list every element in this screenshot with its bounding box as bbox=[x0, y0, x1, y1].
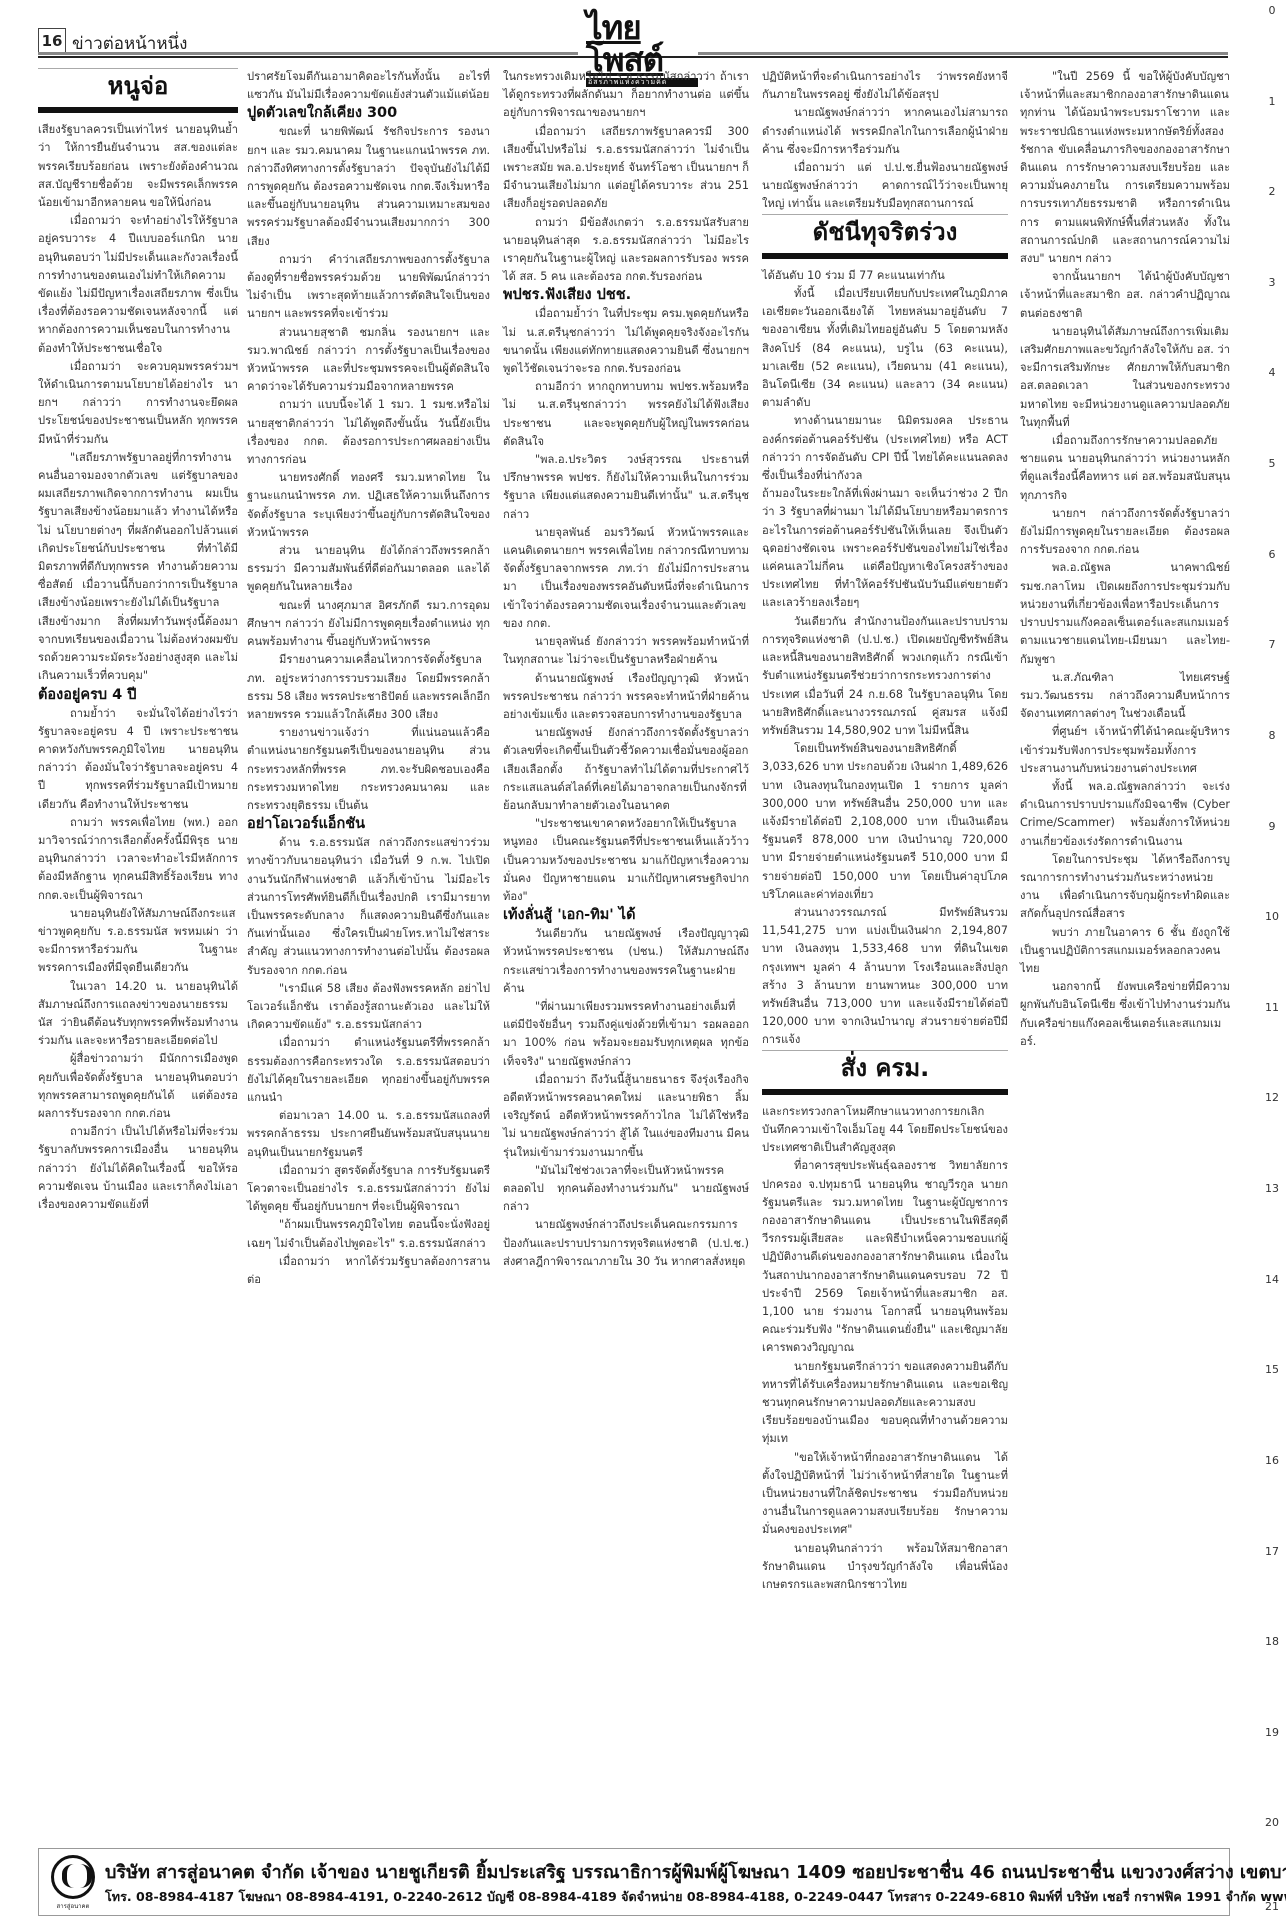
ruler-mark: 10 bbox=[1262, 910, 1282, 923]
article-paragraph: นายจุลพันธ์ อมรวิวัฒน์ หัวหน้าพรรคและแคน… bbox=[503, 524, 749, 633]
article-paragraph: พบว่า ภายในอาคาร 6 ชั้น ยังถูกใช้เป็นฐาน… bbox=[1020, 924, 1230, 979]
box-heading-nuu-jor: หนูจ่อ bbox=[38, 68, 238, 103]
article-paragraph: เมื่อถามว่า แต่ ป.ป.ช.ยื่นฟ้องนายณัฐพงษ์… bbox=[762, 159, 1008, 214]
ruler-mark: 1 bbox=[1262, 95, 1282, 108]
article-paragraph: เสียงรัฐบาลควรเป็นเท่าไหร่ นายอนุทินย้ำว… bbox=[38, 121, 238, 212]
article-paragraph: นายณัฐพงษ์ ยังกล่าวถึงการจัดตั้งรัฐบาลว่… bbox=[503, 724, 749, 815]
column-5: "ในปี 2569 นี้ ขอให้ผู้บังคับบัญชา เจ้าห… bbox=[1020, 68, 1230, 1051]
box-heading-corruption-index: ดัชนีทุจริตร่วง bbox=[762, 214, 1008, 249]
subheading: ปูดตัวเลขใกล้เคียง 300 bbox=[247, 104, 490, 123]
article-paragraph: ถามอีกว่า หากถูกทาบทาม พปชร.พร้อมหรือไม่… bbox=[503, 378, 749, 451]
heading-bar bbox=[38, 107, 238, 113]
article-paragraph: "ประชาชนเขาคาดหวังอยากให้เป็นรัฐบาลหนูทอ… bbox=[503, 815, 749, 906]
article-paragraph: ที่ศูนย์ฯ เจ้าหน้าที่ได้นำคณะผู้บริหารเข… bbox=[1020, 723, 1230, 778]
column-1: หนูจ่อ เสียงรัฐบาลควรเป็นเท่าไหร่ นายอนุ… bbox=[38, 68, 238, 1214]
article-paragraph: เมื่อถามว่า ตำแหน่งรัฐมนตรีที่พรรคกล้าธร… bbox=[247, 1034, 490, 1107]
ruler-mark: 16 bbox=[1262, 1454, 1282, 1467]
article-paragraph: ถามว่า คำว่าเสถียรภาพของการตั้งรัฐบาลต้อ… bbox=[247, 251, 490, 324]
header-rule-right bbox=[698, 52, 1228, 55]
page-header: 16 ข่าวต่อหน้าหนึ่ง ไทยโพสต์ อิสรภาพแห่ง… bbox=[38, 26, 1228, 54]
article-paragraph: วันเดียวกัน สำนักงานป้องกันและปราบปรามกา… bbox=[762, 613, 1008, 740]
article-paragraph: เมื่อถามว่า หากได้ร่วมรัฐบาลต้องการสานต่… bbox=[247, 1253, 490, 1289]
article-paragraph: "ในปี 2569 นี้ ขอให้ผู้บังคับบัญชา เจ้าห… bbox=[1020, 68, 1230, 268]
article-paragraph: นายณัฐพงษ์กล่าวถึงประเด็นคณะกรรมการป้องก… bbox=[503, 1216, 749, 1271]
publisher-logo-icon bbox=[51, 1855, 95, 1899]
article-paragraph: เมื่อถามถึงการรักษาความปลอดภัยชายแดน นาย… bbox=[1020, 432, 1230, 505]
ruler-mark: 18 bbox=[1262, 1635, 1282, 1648]
article-paragraph: นายณัฐพงษ์กล่าวว่า หากคนเองไม่สามารถดำรง… bbox=[762, 104, 1008, 159]
ruler-mark: 2 bbox=[1262, 185, 1282, 198]
ruler-mark: 14 bbox=[1262, 1273, 1282, 1286]
subheading: ต้องอยู่ครบ 4 ปี bbox=[38, 686, 238, 705]
article-paragraph: ถามว่า พรรคเพื่อไทย (พท.) ออกมาวิจารณ์ว่… bbox=[38, 814, 238, 905]
page-number: 16 bbox=[38, 28, 66, 54]
article-paragraph: โดยในการประชุม ได้หารือถึงการบูรณาการการ… bbox=[1020, 851, 1230, 924]
ruler-mark: 0 bbox=[1262, 4, 1282, 17]
article-paragraph: นอกจากนี้ ยังพบเครือข่ายที่มีความผูกพันก… bbox=[1020, 978, 1230, 1051]
ruler-mark: 12 bbox=[1262, 1091, 1282, 1104]
ruler-mark: 3 bbox=[1262, 276, 1282, 289]
publisher-info-line: บริษัท สารสู่อนาคต จำกัด เจ้าของ นายชูเก… bbox=[105, 1857, 1286, 1886]
subheading: อย่าโอเวอร์แอ็กชัน bbox=[247, 815, 490, 834]
article-paragraph: เมื่อถามว่า เสถียรภาพรัฐบาลควรมี 300 เสี… bbox=[503, 123, 749, 214]
article-paragraph: เมื่อถามว่า ถึงวันนี้สู้นายธนาธร จึงรุ่ง… bbox=[503, 1071, 749, 1162]
article-paragraph: ถามย้ำว่า จะมั่นใจได้อย่างไรว่ารัฐบาลจะอ… bbox=[38, 705, 238, 814]
ruler-mark: 8 bbox=[1262, 729, 1282, 742]
column-4: ปฏิบัติหน้าที่จะดำเนินการอย่างไร ว่าพรรค… bbox=[762, 68, 1008, 1594]
ruler-mark: 11 bbox=[1262, 1001, 1282, 1014]
subheading: พปชร.ฟังเสียง ปชช. bbox=[503, 286, 749, 305]
ruler-mark: 7 bbox=[1262, 638, 1282, 651]
article-paragraph: ขณะที่ นายพิพัฒน์ รัชกิจประการ รองนายกฯ … bbox=[247, 123, 490, 250]
publisher-logo-caption: สารสู่อนาคต bbox=[51, 1901, 95, 1911]
article-paragraph: นายอนุทินยังให้สัมภาษณ์ถึงกระแสข่าวพูดคุ… bbox=[38, 905, 238, 978]
article-paragraph: "เรามีแค่ 58 เสียง ต้องฟังพรรคหลัก อย่าไ… bbox=[247, 980, 490, 1035]
article-paragraph: นายอนุทินกล่าวว่า พร้อมให้สมาชิกอาสารักษ… bbox=[762, 1540, 1008, 1595]
ruler-mark: 17 bbox=[1262, 1545, 1282, 1558]
publisher-footer: สารสู่อนาคต บริษัท สารสู่อนาคต จำกัด เจ้… bbox=[38, 1848, 1230, 1916]
article-paragraph: ส่วน นายอนุทิน ยังได้กล่าวถึงพรรคกล้าธรร… bbox=[247, 542, 490, 597]
article-paragraph: "ขอให้เจ้าหน้าที่กองอาสารักษาดินแดน ได้ต… bbox=[762, 1449, 1008, 1540]
ruler-mark: 9 bbox=[1262, 820, 1282, 833]
article-paragraph: นายอนุทินได้สัมภาษณ์ถึงการเพิ่มเติมเสริม… bbox=[1020, 323, 1230, 432]
article-paragraph: ผู้สื่อข่าวถามว่า มีนักการเมืองพูดคุยกับ… bbox=[38, 1050, 238, 1123]
article-paragraph: เมื่อถามว่า สูตรจัดตั้งรัฐบาล การรับรัฐม… bbox=[247, 1162, 490, 1217]
thaipost-logo: ไทยโพสต์ อิสรภาพแห่งความคิด bbox=[586, 12, 698, 58]
article-paragraph: มีรายงานความเคลื่อนไหวการจัดตั้งรัฐบาล ภ… bbox=[247, 651, 490, 724]
logo-text: ไทยโพสต์ bbox=[586, 12, 698, 76]
article-paragraph: ถามว่า แบบนี้จะได้ 1 รมว. 1 รมช.หรือไม่ … bbox=[247, 396, 490, 469]
article-paragraph: ด้าน ร.อ.ธรรมนัส กล่าวถึงกระแสข่าวร่วมทา… bbox=[247, 834, 490, 980]
column-3: ในกระทรวงเดิมหรือไม่ ร.อ.ธรรมนัสกล่าวว่า… bbox=[503, 68, 749, 1271]
article-paragraph: น.ส.ภัณฑิลา ไทยเศรษฐ์ รมว.วัฒนธรรม กล่าว… bbox=[1020, 669, 1230, 724]
article-paragraph: ด้านนายณัฐพงษ์ เรืองปัญญาวุฒิ หัวหน้าพรร… bbox=[503, 670, 749, 725]
article-paragraph: เมื่อถามว่า จะควบคุมพรรคร่วมฯ ให้ดำเนินก… bbox=[38, 358, 238, 449]
article-paragraph: ทั้งนี้ เมื่อเปรียบเทียบกับประเทศในภูมิภ… bbox=[762, 285, 1008, 412]
heading-bar bbox=[762, 253, 1008, 259]
article-paragraph: ถ้ามองในระยะใกล้ที่เพิ่งผ่านมา จะเห็นว่า… bbox=[762, 485, 1008, 612]
article-paragraph: "มันไม่ใช่ช่วงเวลาที่จะเป็นหัวหน้าพรรคตล… bbox=[503, 1162, 749, 1217]
article-paragraph: นายจุลพันธ์ ยังกล่าวว่า พรรคพร้อมทำหน้าท… bbox=[503, 633, 749, 669]
article-paragraph: "ที่ผ่านมาเพียงรวมพรรคทำงานอย่างเต็มที่ … bbox=[503, 998, 749, 1071]
article-paragraph: ขณะที่ นางศุภมาส อิศรภักดี รมว.การอุดมศึ… bbox=[247, 597, 490, 652]
article-paragraph: ได้อันดับ 10 ร่วม มี 77 คะแนนเท่ากัน bbox=[762, 267, 1008, 285]
subheading: เท้งลั่นสู้ 'เอก-ทิม' ได้ bbox=[503, 906, 749, 925]
article-paragraph: ปฏิบัติหน้าที่จะดำเนินการอย่างไร ว่าพรรค… bbox=[762, 68, 1008, 104]
article-paragraph: ส่วนนายสุชาติ ชมกลิ่น รองนายกฯ และ รมว.พ… bbox=[247, 324, 490, 397]
article-paragraph: และกระทรวงกลาโหมศึกษาแนวทางการยกเลิกบันท… bbox=[762, 1103, 1008, 1158]
article-paragraph: นายทรงศักดิ์ ทองศรี รมว.มหาดไทย ในฐานะแก… bbox=[247, 469, 490, 542]
ruler-mark: 6 bbox=[1262, 548, 1282, 561]
article-paragraph: "พล.อ.ประวิตร วงษ์สุวรรณ ประธานที่ปรึกษา… bbox=[503, 451, 749, 524]
article-paragraph: ทั้งนี้ พล.อ.ณัฐพลกล่าวว่า จะเร่งดำเนินก… bbox=[1020, 778, 1230, 851]
ruler-mark: 21 bbox=[1262, 1900, 1282, 1913]
article-paragraph: ต่อมาเวลา 14.00 น. ร.อ.ธรรมนัสแถลงที่พรร… bbox=[247, 1107, 490, 1162]
ruler-mark: 13 bbox=[1262, 1182, 1282, 1195]
ruler-mark: 19 bbox=[1262, 1726, 1282, 1739]
article-paragraph: เมื่อถามย้ำว่า ในที่ประชุม ครม.พูดคุยกัน… bbox=[503, 305, 749, 378]
article-paragraph: นายกฯ กล่าวถึงการจัดตั้งรัฐบาลว่า ยังไม่… bbox=[1020, 505, 1230, 560]
publisher-logo: สารสู่อนาคต bbox=[51, 1855, 95, 1911]
ruler-mark: 4 bbox=[1262, 366, 1282, 379]
box-heading-order-cabinet: สั่ง ครม. bbox=[762, 1050, 1008, 1085]
ruler-mark: 5 bbox=[1262, 457, 1282, 470]
article-paragraph: โดยเป็นทรัพย์สินของนายสิทธิศักดิ์ 3,033,… bbox=[762, 740, 1008, 904]
article-paragraph: นายกรัฐมนตรีกล่าวว่า ขอแสดงความยินดีกับท… bbox=[762, 1358, 1008, 1449]
article-paragraph: "ถ้าผมเป็นพรรคภูมิใจไทย ตอนนี้จะนั่งฟังอ… bbox=[247, 1216, 490, 1252]
article-paragraph: พล.อ.ณัฐพล นาคพาณิชย์ รมช.กลาโหม เปิดเผย… bbox=[1020, 559, 1230, 668]
article-paragraph: ทางด้านนายมานะ นิมิตรมงคล ประธานองค์กรต่… bbox=[762, 412, 1008, 485]
article-paragraph: ถามอีกว่า เป็นไปได้หรือไม่ที่จะร่วมรัฐบา… bbox=[38, 1123, 238, 1214]
header-rule-left bbox=[38, 52, 578, 55]
ruler-mark: 20 bbox=[1262, 1816, 1282, 1829]
article-paragraph: รายงานข่าวแจ้งว่า ที่แน่นอนแล้วคือตำแหน่… bbox=[247, 724, 490, 815]
article-paragraph: วันเดียวกัน นายณัฐพงษ์ เรืองปัญญาวุฒิ หั… bbox=[503, 925, 749, 998]
article-paragraph: ในเวลา 14.20 น. นายอนุทินได้สัมภาษณ์ถึงก… bbox=[38, 978, 238, 1051]
heading-bar bbox=[762, 1089, 1008, 1095]
article-paragraph: จากนั้นนายกฯ ได้นำผู้บังคับบัญชา เจ้าหน้… bbox=[1020, 268, 1230, 323]
ruler-mark: 15 bbox=[1262, 1363, 1282, 1376]
article-paragraph: ที่อาคารสุขประพันธุ์ฉลองราช วิทยาลัยการป… bbox=[762, 1157, 1008, 1357]
article-paragraph: "เสถียรภาพรัฐบาลอยู่ที่การทำงาน คนอื่นอา… bbox=[38, 449, 238, 686]
article-paragraph: ปราศรัยโจมตีกันเอามาคิดอะไรกันทั้งนั้น อ… bbox=[247, 68, 490, 104]
column-2: ปราศรัยโจมตีกันเอามาคิดอะไรกันทั้งนั้น อ… bbox=[247, 68, 490, 1289]
article-paragraph: ถามว่า มีข้อสังเกตว่า ร.อ.ธรรมนัสรับสายน… bbox=[503, 214, 749, 287]
publisher-contact-line: โทร. 08-8984-4187 โฆษณา 08-8984-4191, 0-… bbox=[105, 1887, 1286, 1907]
article-paragraph: ส่วนนางวรรณภรณ์ มีทรัพย์สินรวม 11,541,27… bbox=[762, 904, 1008, 1050]
article-paragraph: ในกระทรวงเดิมหรือไม่ ร.อ.ธรรมนัสกล่าวว่า… bbox=[503, 68, 749, 123]
article-paragraph: เมื่อถามว่า จะทำอย่างไรให้รัฐบาลอยู่ครบว… bbox=[38, 212, 238, 358]
